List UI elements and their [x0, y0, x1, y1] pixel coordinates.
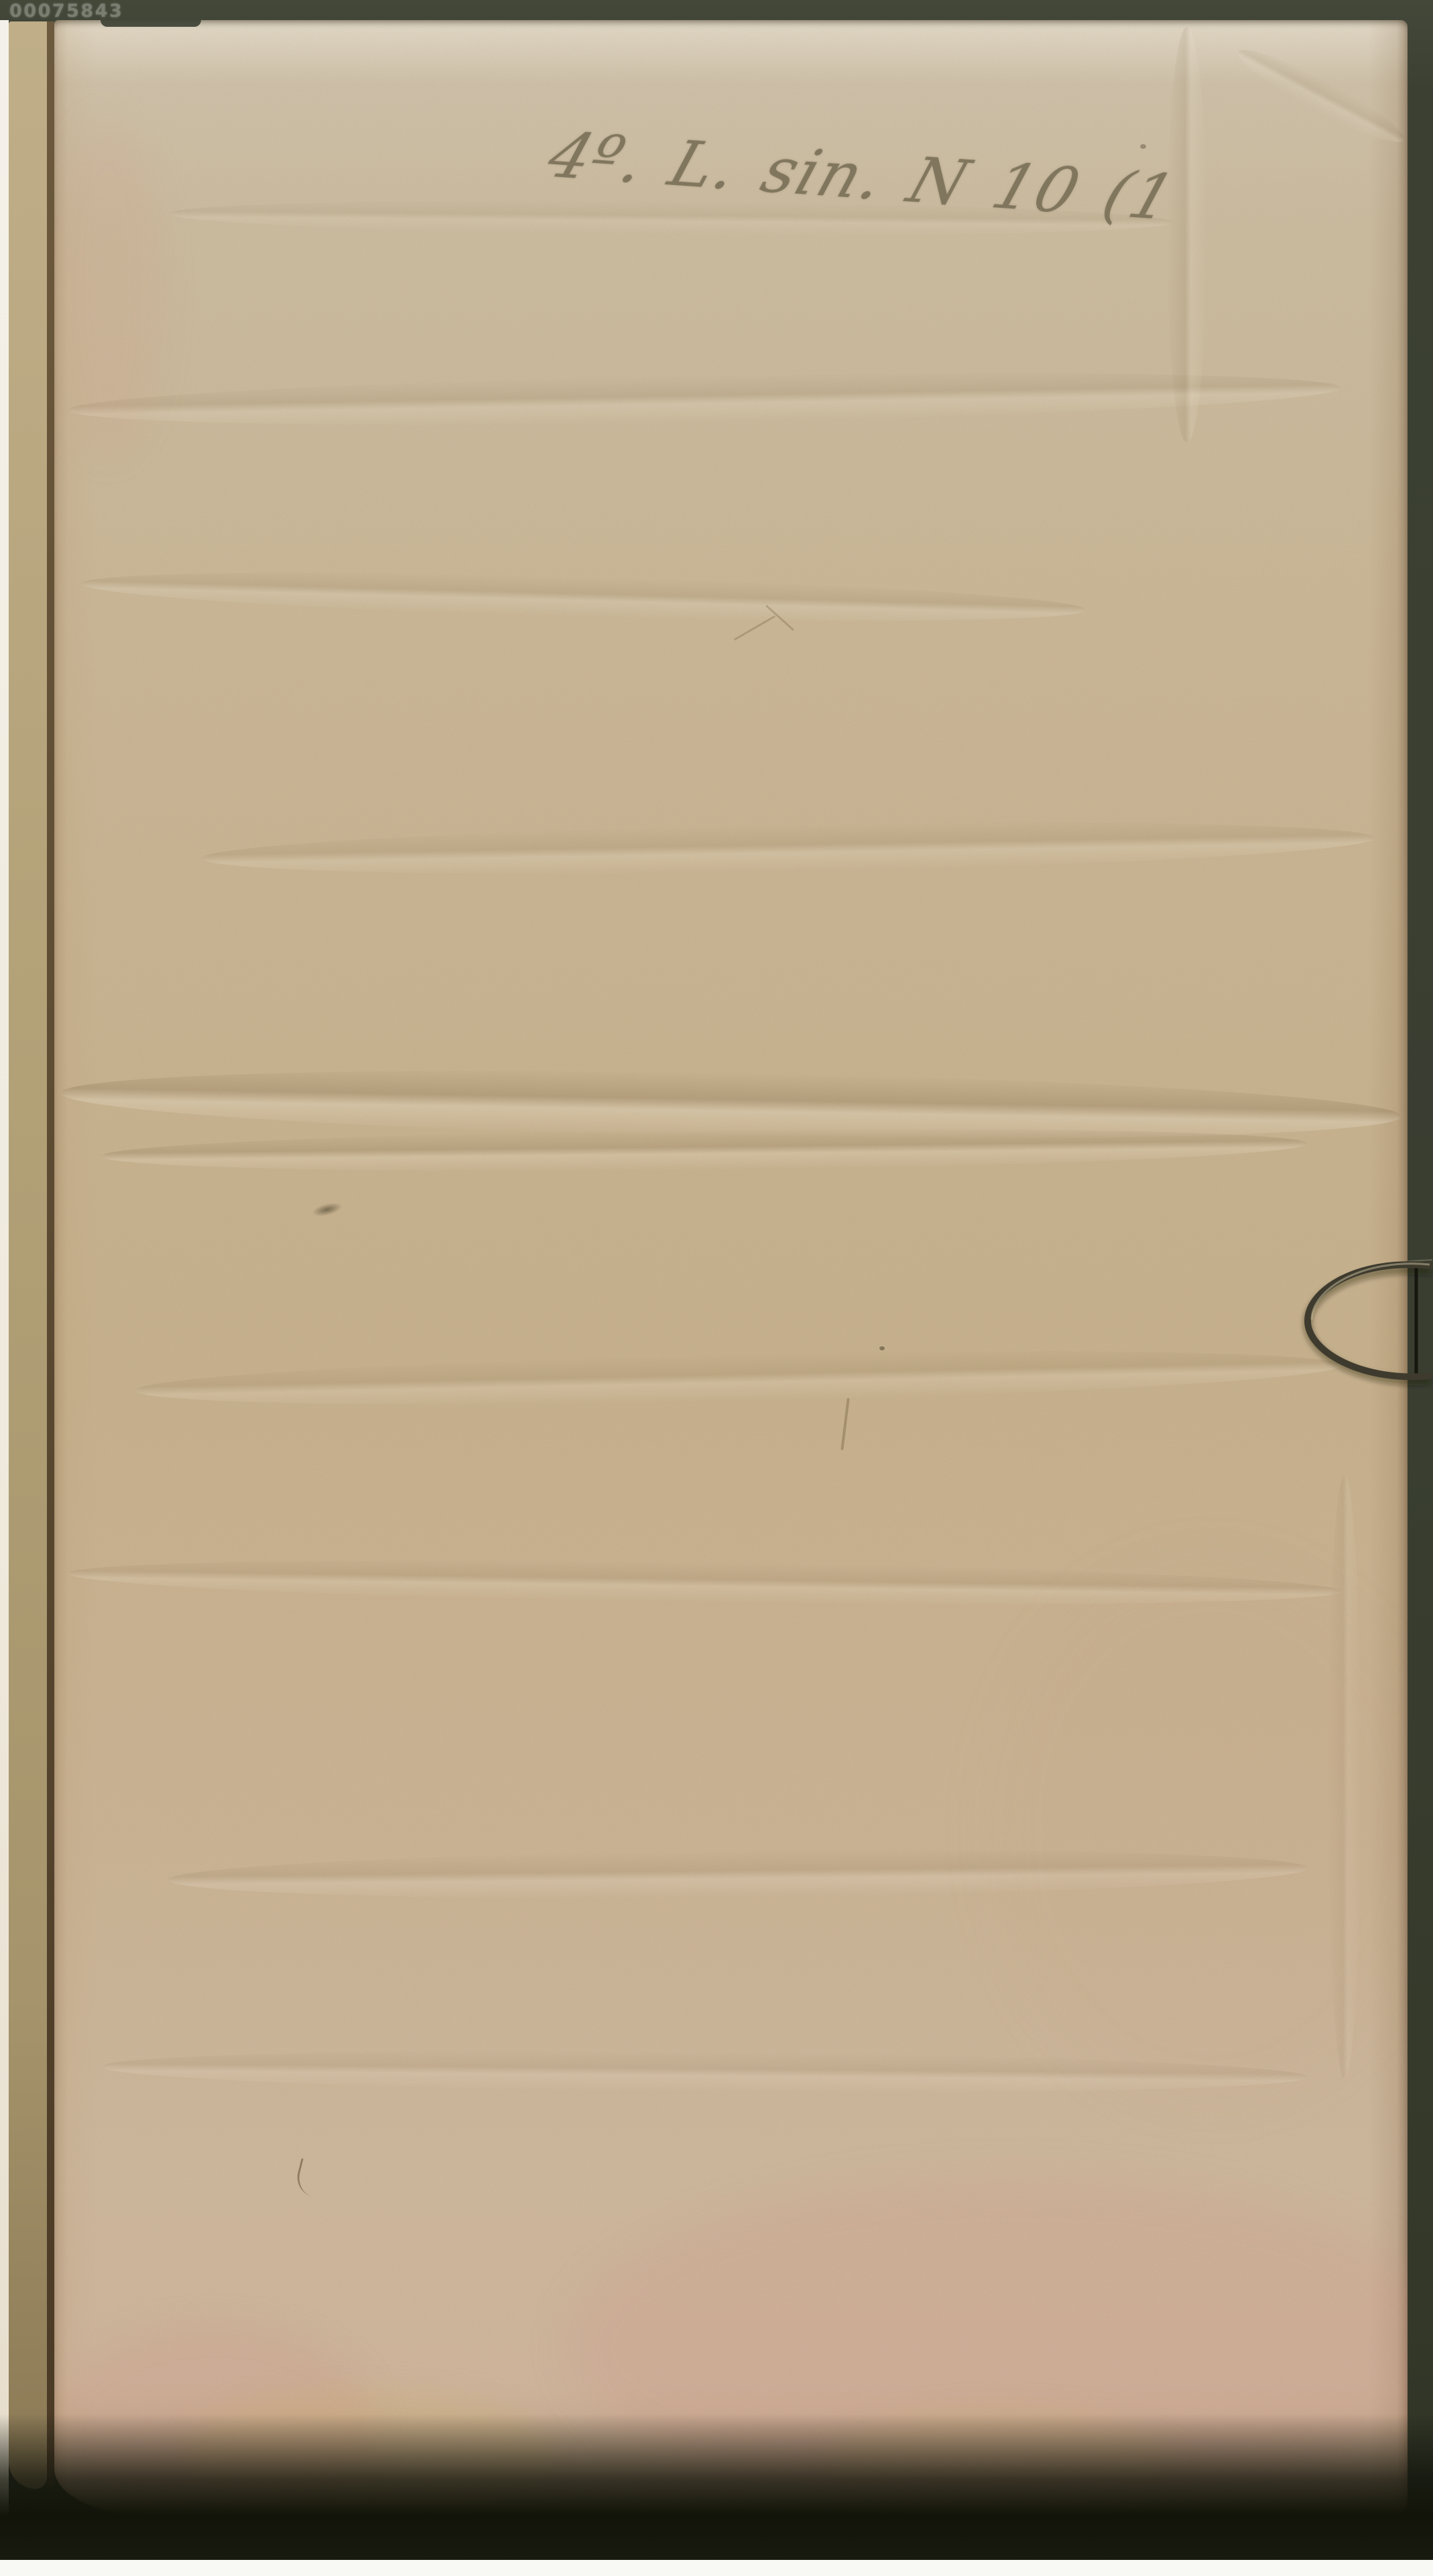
page-holder-clip [1297, 1240, 1433, 1401]
scan-bed-left-strip [0, 20, 9, 2548]
blank-flyleaf-page: 4º. L. sin. N 10 (1 [54, 20, 1408, 2516]
paper-grain-texture [54, 20, 1408, 2516]
clip-wire-sheen [1408, 1260, 1432, 1261]
book-block-fore-edge [9, 21, 47, 2489]
scan-bed-bottom-strip [0, 2560, 1433, 2576]
scan-bottom-shadow [0, 2414, 1433, 2560]
scanned-book-page-image: 00075843 4º. L. sin. N 10 (1 [0, 0, 1433, 2576]
page-top-edge-notch [101, 20, 201, 27]
gutter-crease-line [47, 21, 54, 2486]
scan-sheet-number: 00075843 [9, 1, 123, 21]
